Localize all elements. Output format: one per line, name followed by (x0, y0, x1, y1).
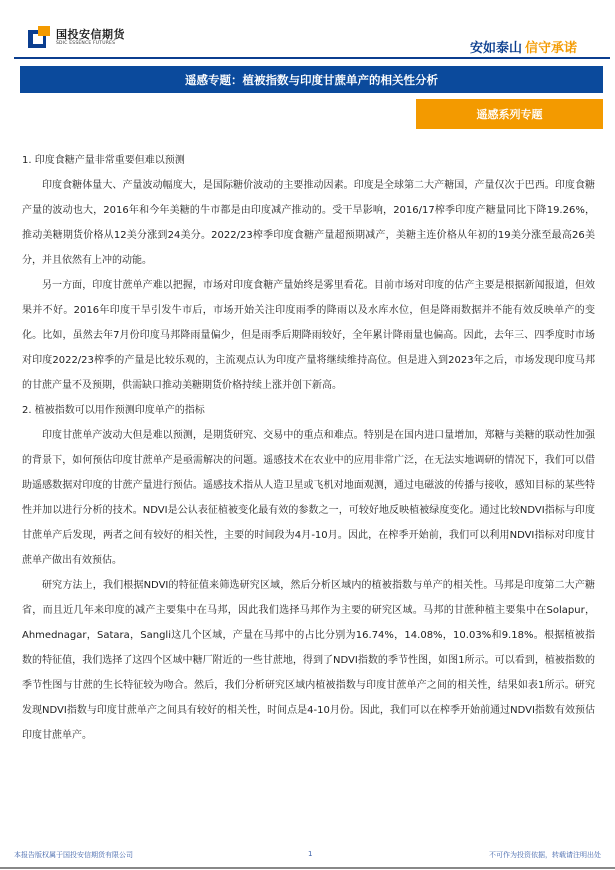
section-heading-2: 2. 植被指数可以用作预测印度单产的指标 (22, 398, 595, 423)
paragraph: 另一方面，印度甘蔗单产难以把握，市场对印度食糖产量始终是雾里看花。目前市场对印度… (22, 273, 595, 398)
page-number: 1 (308, 850, 312, 858)
slogan: 安如泰山信守承诺 (470, 37, 577, 56)
header-divider (14, 57, 610, 59)
title-banner: 遥感专题：植被指数与印度甘蔗单产的相关性分析 (20, 66, 603, 93)
report-body: 1. 印度食糖产量非常重要但难以预测 印度食糖体量大、产量波动幅度大，是国际糖价… (22, 148, 595, 748)
paragraph: 研究方法上，我们根据NDVI的特征值来筛选研究区域，然后分析区域内的植被指数与单… (22, 573, 595, 748)
paragraph: 印度甘蔗单产波动大但是难以预测，是期货研究、交易中的重点和难点。特别是在国内进口… (22, 423, 595, 573)
footer-copyright: 本报告版权属于国投安信期货有限公司 (14, 850, 133, 860)
series-tag-label: 遥感系列专题 (477, 106, 543, 122)
section-heading-1: 1. 印度食糖产量非常重要但难以预测 (22, 148, 595, 173)
logo-english-name: SDIC ESSENCE FUTURES (56, 41, 125, 47)
slogan-part2: 信守承诺 (525, 41, 577, 56)
paragraph: 印度食糖体量大、产量波动幅度大，是国际糖价波动的主要推动因素。印度是全球第二大产… (22, 173, 595, 273)
slogan-part1: 安如泰山 (470, 41, 522, 56)
report-title: 遥感专题：植被指数与印度甘蔗单产的相关性分析 (185, 72, 438, 88)
footer-disclaimer: 不可作为投资依据，转载请注明出处 (489, 850, 601, 860)
page-footer: 本报告版权属于国投安信期货有限公司 1 不可作为投资依据，转载请注明出处 (0, 846, 615, 870)
logo-mark-icon (28, 26, 50, 48)
series-tag: 遥感系列专题 (416, 99, 603, 129)
page-header: 国投安信期货 SDIC ESSENCE FUTURES 安如泰山信守承诺 (0, 0, 615, 60)
logo-chinese-name: 国投安信期货 (56, 28, 125, 41)
footer-divider (0, 867, 615, 869)
company-logo: 国投安信期货 SDIC ESSENCE FUTURES (28, 26, 125, 48)
